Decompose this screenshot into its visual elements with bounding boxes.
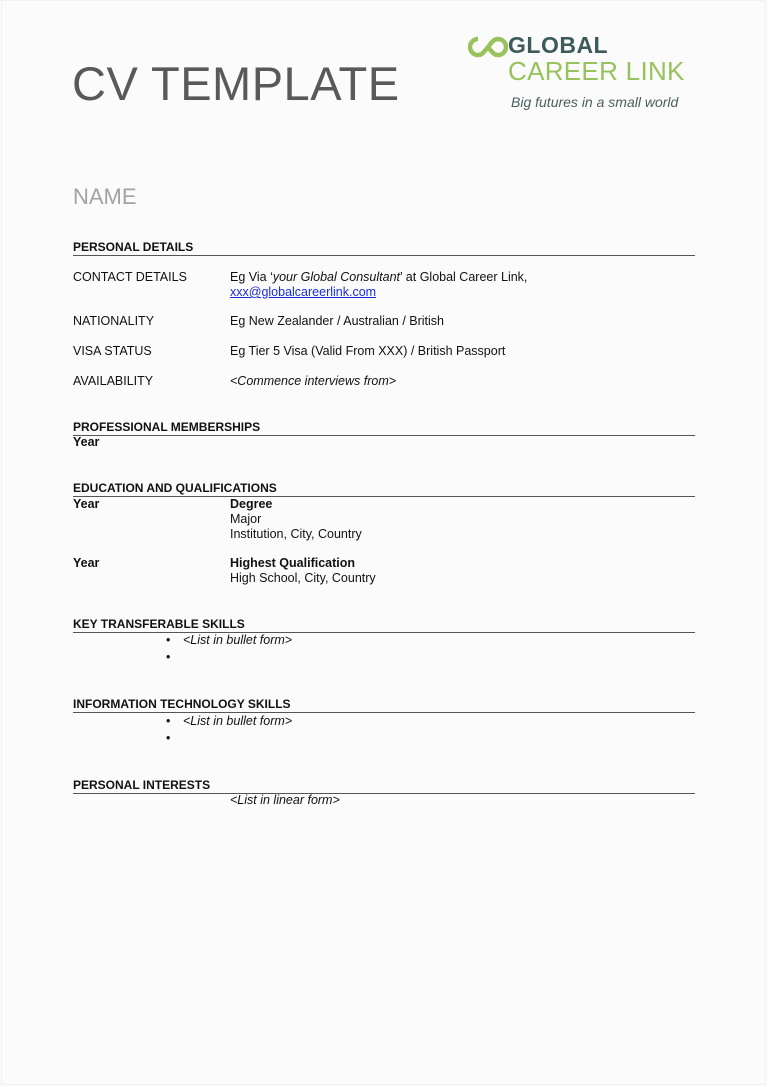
- section-heading-key-skills: KEY TRANSFERABLE SKILLS: [73, 617, 695, 633]
- personal-interests-value: <List in linear form>: [230, 793, 340, 808]
- email-link[interactable]: xxx@globalcareerlink.com: [230, 285, 376, 299]
- education-line: Major: [230, 512, 261, 526]
- section-heading-education: EDUCATION AND QUALIFICATIONS: [73, 481, 695, 497]
- bullet-icon: •: [166, 731, 170, 745]
- section-heading-professional-memberships: PROFESSIONAL MEMBERSHIPS: [73, 420, 695, 436]
- page: [1, 0, 766, 1085]
- section-heading-personal-interests: PERSONAL INTERESTS: [73, 778, 695, 794]
- logo-brand-line1: GLOBAL: [508, 32, 608, 59]
- key-skill-item: <List in bullet form>: [183, 633, 292, 647]
- visa-status-label: VISA STATUS: [73, 344, 152, 359]
- availability-value: <Commence interviews from>: [230, 374, 396, 389]
- membership-year-label: Year: [73, 435, 99, 450]
- nationality-label: NATIONALITY: [73, 314, 154, 329]
- availability-label: AVAILABILITY: [73, 374, 153, 389]
- contact-details-label: CONTACT DETAILS: [73, 270, 187, 285]
- education-line: High School, City, Country: [230, 571, 376, 585]
- education-line: Institution, City, Country: [230, 527, 362, 541]
- education-title: Degree: [230, 497, 272, 511]
- education-details: Highest Qualification High School, City,…: [230, 556, 376, 586]
- visa-status-value: Eg Tier 5 Visa (Valid From XXX) / Britis…: [230, 344, 505, 359]
- nationality-value: Eg New Zealander / Australian / British: [230, 314, 444, 329]
- contact-details-value: Eg Via ‘your Global Consultant’ at Globa…: [230, 270, 527, 300]
- logo-tagline: Big futures in a small world: [511, 94, 678, 110]
- it-skill-item: <List in bullet form>: [183, 714, 292, 728]
- education-year: Year: [73, 497, 99, 512]
- section-heading-it-skills: INFORMATION TECHNOLOGY SKILLS: [73, 697, 695, 713]
- education-year: Year: [73, 556, 99, 571]
- name-placeholder: NAME: [73, 184, 137, 210]
- education-title: Highest Qualification: [230, 556, 355, 570]
- contact-consultant: your Global Consultant: [273, 270, 400, 284]
- bullet-icon: •: [166, 714, 170, 728]
- logo-brand-line2: CAREER LINK: [508, 56, 685, 87]
- bullet-icon: •: [166, 633, 170, 647]
- contact-prefix: Eg Via ‘: [230, 270, 273, 284]
- page-title: CV TEMPLATE: [72, 56, 400, 111]
- education-details: Degree Major Institution, City, Country: [230, 497, 362, 542]
- contact-suffix: ’ at Global Career Link,: [400, 270, 527, 284]
- section-heading-personal-details: PERSONAL DETAILS: [73, 240, 695, 256]
- bullet-icon: •: [166, 650, 170, 664]
- company-logo: GLOBAL CAREER LINK Big futures in a smal…: [468, 32, 718, 112]
- infinity-link-icon: [468, 35, 508, 59]
